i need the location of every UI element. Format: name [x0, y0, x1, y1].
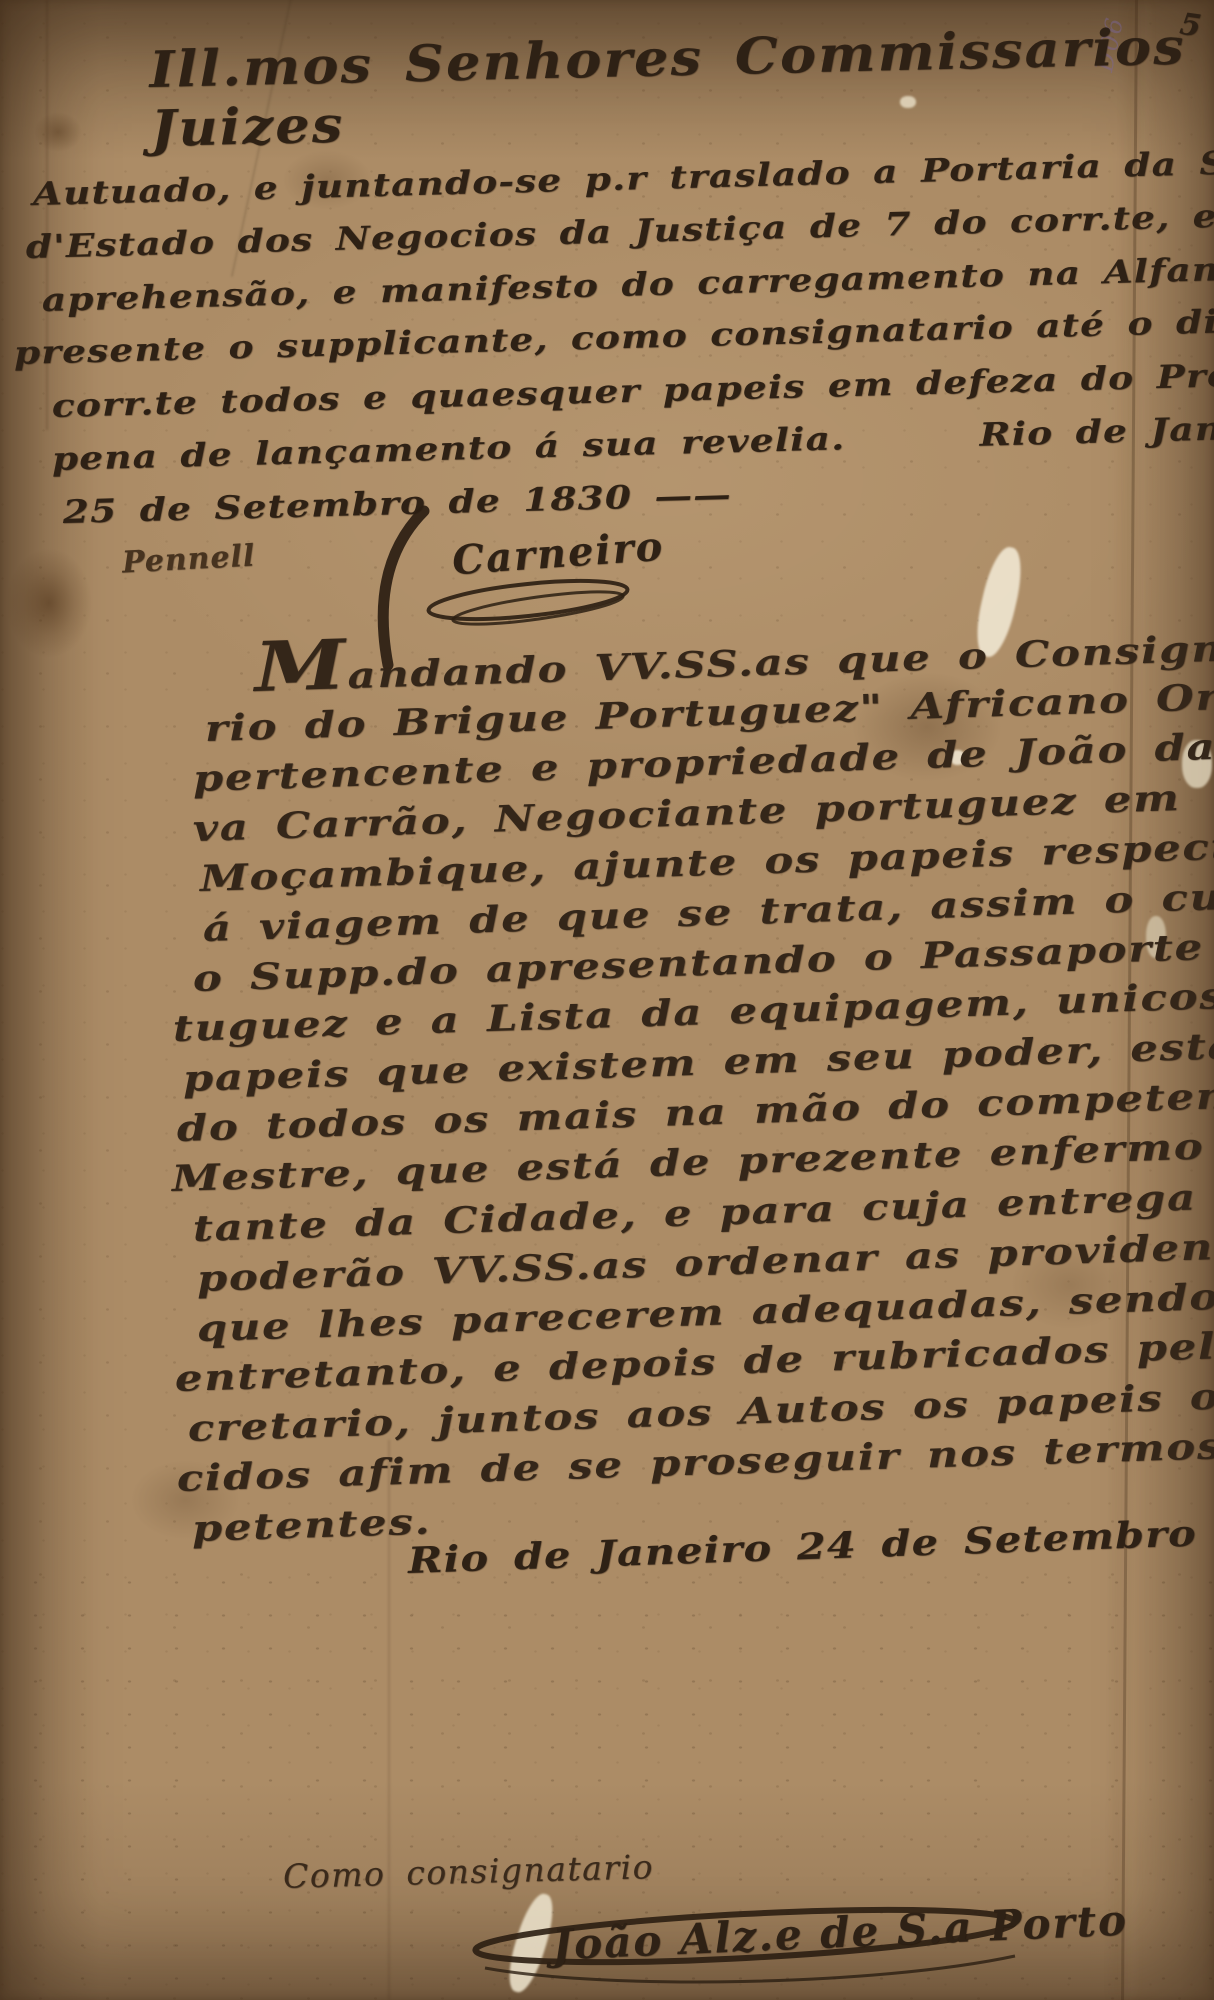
despacho-block: Autuado, e juntando-se p.r traslado a Po…: [8, 168, 1214, 539]
paper-stain: [34, 112, 82, 152]
petition-block: Mandando VV.SS.as que o Consignatá- rio …: [0, 648, 1214, 1554]
consignee-signature: João Alz.e de S.a Porto: [551, 1895, 1129, 1969]
heading-addressees: Ill.mos Senhores Commissarios Juizes: [149, 14, 1214, 158]
paper-stain: [6, 548, 92, 658]
manuscript-page: 5 D06 Ill.mos Senhores Commissarios Juiz…: [0, 0, 1214, 2000]
judge-signature-left: Pennell: [121, 539, 256, 581]
signature-role-line: Como consignatario: [283, 1847, 655, 1896]
